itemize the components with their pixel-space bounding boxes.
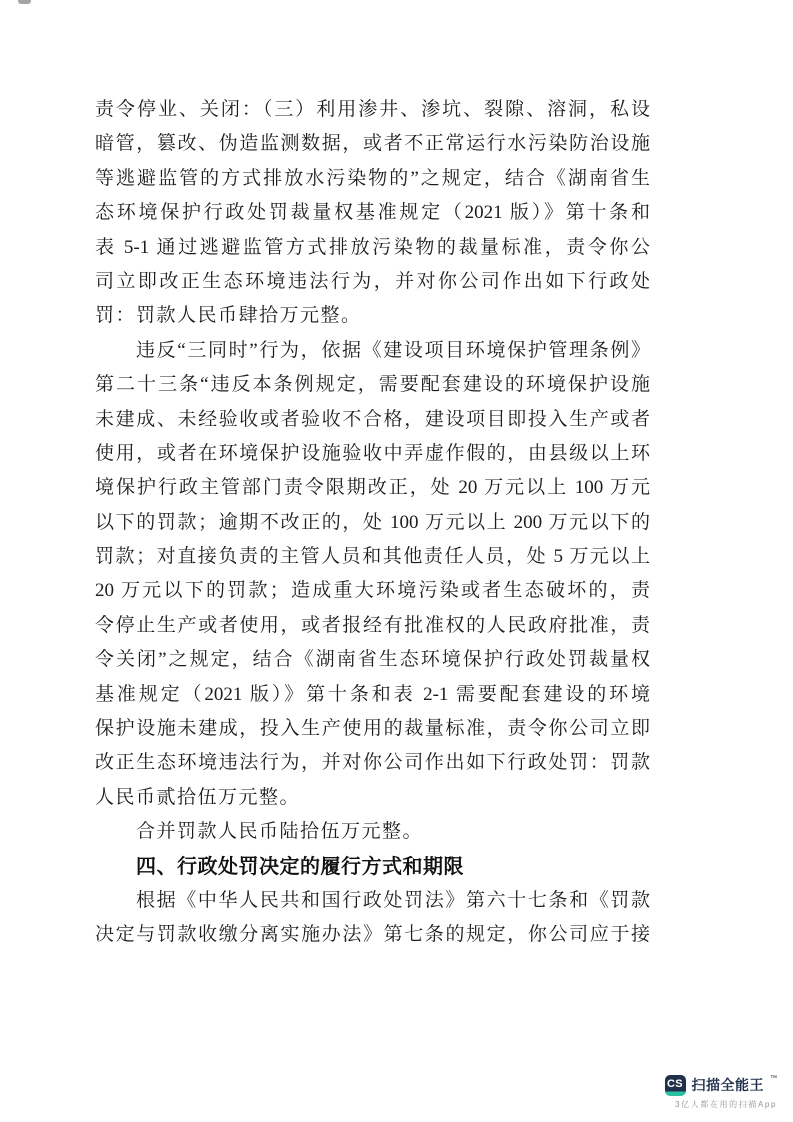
body-line: 罚款；对直接负责的主管人员和其他责任人员，处 5 万元以上: [95, 540, 650, 574]
body-line: 令关闭”之规定，结合《湖南省生态环境保护行政处罚裁量权: [95, 643, 650, 677]
body-line: 保护设施未建成，投入生产使用的裁量标准，责令你公司立即: [95, 712, 650, 746]
body-line: 人民币贰拾伍万元整。: [95, 781, 650, 815]
camscanner-cs-letters: CS: [667, 1078, 683, 1090]
body-line: 改正生态环境违法行为，并对你公司作出如下行政处罚：罚款: [95, 746, 650, 780]
section-heading: 四、行政处罚决定的履行方式和期限: [95, 850, 650, 884]
body-line: 第二十三条“违反本条例规定，需要配套建设的环境保护设施: [95, 368, 650, 402]
body-line: 根据《中华人民共和国行政处罚法》第六十七条和《罚款: [95, 884, 650, 918]
body-line: 决定与罚款收缴分离实施办法》第七条的规定，你公司应于接: [95, 918, 650, 952]
body-line: 合并罚款人民币陆拾伍万元整。: [95, 815, 650, 849]
body-line: 违反“三同时”行为，依据《建设项目环境保护管理条例》: [95, 334, 650, 368]
camscanner-cs-icon: CS: [665, 1075, 686, 1096]
body-line: 暗管，篡改、伪造监测数据，或者不正常运行水污染防治设施: [95, 127, 650, 161]
scanned-document-page: 责令停业、关闭：（三）利用渗井、渗坑、裂隙、溶洞，私设 暗管，篡改、伪造监测数据…: [0, 0, 793, 1122]
body-line: 态环境保护行政处罚裁量权基准规定（2021 版）》第十条和: [95, 196, 650, 230]
body-line: 令停止生产或者使用，或者报经有批准权的人民政府批准，责: [95, 609, 650, 643]
camscanner-tagline: 3亿人都在用的扫描App: [665, 1099, 778, 1110]
body-line: 司立即改正生态环境违法行为，并对你公司作出如下行政处: [95, 265, 650, 299]
body-line: 20 万元以下的罚款；造成重大环境污染或者生态破坏的，责: [95, 574, 650, 608]
camscanner-logo-row: CS 扫描全能王 ™: [665, 1074, 778, 1096]
body-line: 等逃避监管的方式排放水污染物的”之规定，结合《湖南省生: [95, 162, 650, 196]
scan-artifact: [18, 0, 31, 4]
trademark-symbol: ™: [770, 1074, 777, 1084]
camscanner-app-name: 扫描全能王: [692, 1075, 765, 1095]
body-line: 罚：罚款人民币肆拾万元整。: [95, 299, 650, 333]
camscanner-watermark: CS 扫描全能王 ™ 3亿人都在用的扫描App: [665, 1074, 778, 1110]
body-line: 使用，或者在环境保护设施验收中弄虚作假的，由县级以上环: [95, 437, 650, 471]
body-line: 基准规定（2021 版）》第十条和表 2-1 需要配套建设的环境: [95, 678, 650, 712]
document-body: 责令停业、关闭：（三）利用渗井、渗坑、裂隙、溶洞，私设 暗管，篡改、伪造监测数据…: [95, 93, 650, 953]
body-line: 表 5-1 通过逃避监管方式排放污染物的裁量标准，责令你公: [95, 231, 650, 265]
body-line: 责令停业、关闭：（三）利用渗井、渗坑、裂隙、溶洞，私设: [95, 93, 650, 127]
body-line: 未建成、未经验收或者验收不合格，建设项目即投入生产或者: [95, 403, 650, 437]
body-line: 境保护行政主管部门责令限期改正，处 20 万元以上 100 万元: [95, 471, 650, 505]
body-line: 以下的罚款；逾期不改正的，处 100 万元以上 200 万元以下的: [95, 506, 650, 540]
